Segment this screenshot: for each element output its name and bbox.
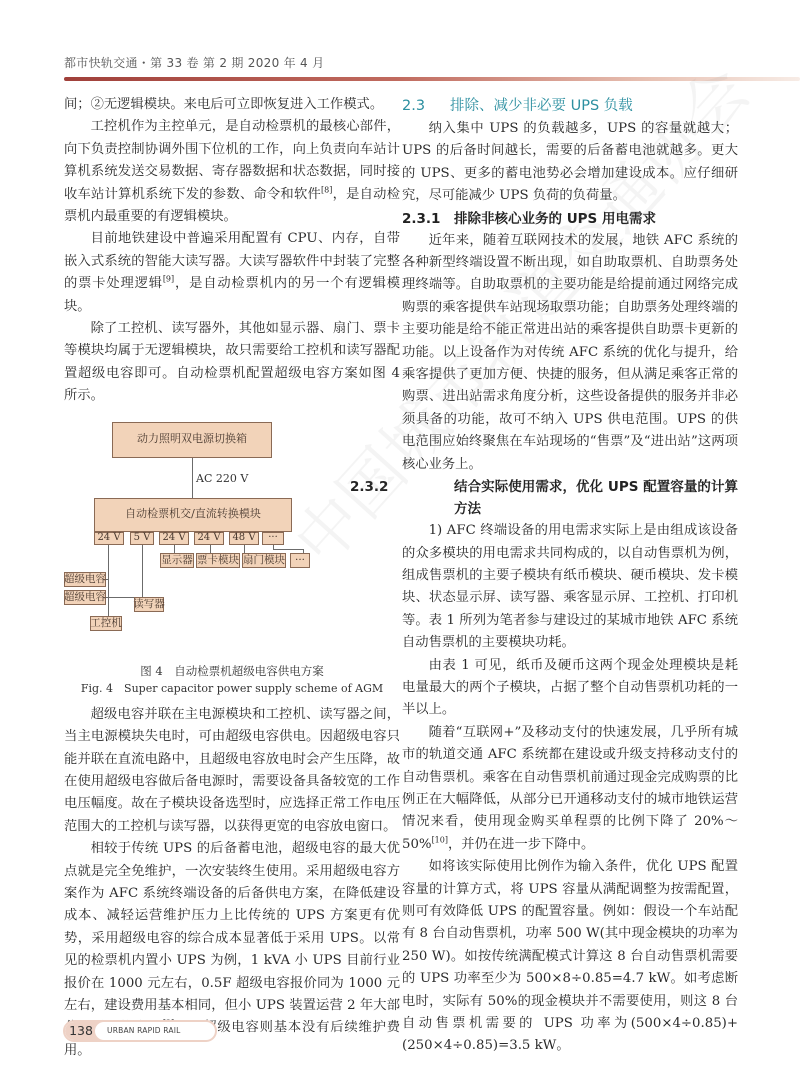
tap-24v: 24 V [94, 532, 124, 545]
page-number: 138 [65, 1022, 105, 1040]
ac-voltage-label: AC 220 V [196, 468, 248, 490]
tap-48v: 48 V [229, 532, 259, 545]
citation: [9] [163, 275, 174, 284]
ticket-card-module: 票卡模块 [196, 553, 240, 568]
figure-caption-en: Fig. 4 Super capacitor power supply sche… [64, 680, 400, 698]
paragraph-text: 相较于传统 UPS 的后备蓄电池，超级电容的最大优点就是完全免维护，一次安装终生… [64, 841, 400, 1035]
tap-5v: 5 V [130, 532, 154, 545]
section-heading-2-3-1: 2.3.1排除非核心业务的 UPS 用电需求 [402, 208, 738, 230]
paragraph: 近年来，随着互联网技术的发展，地铁 AFC 系统的各种新型终端设置不断出现，如自… [402, 230, 738, 476]
industrial-pc-box: 工控机 [90, 616, 122, 631]
section-heading-2-3-2: 2.3.2结合实际使用需求，优化 UPS 配置容量的计算方法 [402, 476, 738, 520]
paragraph: 工控机作为主控单元，是自动检票机的最核心部件，向下负责控制协调外围下位机的工作，… [64, 116, 400, 228]
paragraph: 间；②无逻辑模块。来电后可立即恢复进入工作模式。 [64, 94, 400, 116]
connector-line [192, 458, 193, 498]
paragraph: 如将该实际使用比例作为输入条件，优化 UPS 配置容量的计算方式，将 UPS 容… [402, 856, 738, 1058]
citation: [10] [432, 835, 448, 844]
connector-line [142, 545, 143, 597]
connector-line [106, 579, 109, 580]
section-number: 2.3.2 [402, 476, 454, 498]
section-heading-2-3: 2.3排除、减少非必要 UPS 负载 [402, 94, 738, 118]
tap-more: ··· [262, 532, 284, 545]
paragraph: 纳入集中 UPS 的负载越多，UPS 的容量就越大；UPS 的后备时间越长，需要… [402, 118, 738, 208]
tap-24v: 24 V [194, 532, 224, 545]
journal-english-title: URBAN RAPID RAIL TRANSIT [107, 1022, 215, 1042]
ac-dc-converter-box: 自动检票机交/直流转换模块 [94, 498, 292, 532]
display-module: 显示器 [160, 553, 194, 568]
figure-4-diagram: 动力照明双电源切换箱 AC 220 V 自动检票机交/直流转换模块 24 V 5… [64, 414, 400, 660]
paragraph: 由表 1 可见，纸币及硬币这两个现金处理模块是耗电量最大的两个子模块，占据了整个… [402, 655, 738, 722]
paragraph-text: 随着“互联网+”及移动支付的快速发展，几乎所有城市的轨道交通 AFC 系统都在建… [402, 725, 738, 852]
paragraph-text: ，并仍在进一步下降中。 [448, 837, 594, 852]
header-rule [64, 77, 800, 81]
section-title: 排除非核心业务的 UPS 用电需求 [454, 211, 656, 227]
left-column: 间；②无逻辑模块。来电后可立即恢复进入工作模式。 工控机作为主控单元，是自动检票… [64, 94, 400, 1062]
figure-caption-cn: 图 4 自动检票机超级电容供电方案 [64, 662, 400, 680]
card-reader-box: 读写器 [134, 597, 164, 612]
page-number-text: 138 [69, 1023, 93, 1038]
right-column: 2.3排除、减少非必要 UPS 负载 纳入集中 UPS 的负载越多，UPS 的容… [402, 94, 738, 1058]
footer-page-badge: 138 URBAN RAPID RAIL TRANSIT [63, 1020, 217, 1042]
paragraph: 目前地铁建设中普遍采用配置有 CPU、内存，自带嵌入式系统的智能大读写器。大读写… [64, 228, 400, 318]
supercapacitor-box: 超级电容 [64, 590, 106, 605]
gate-door-module: 扇门模块 [242, 553, 286, 568]
section-title: 结合实际使用需求，优化 UPS 配置容量的计算方法 [454, 479, 738, 517]
more-modules: ··· [290, 553, 310, 568]
journal-header: 都市快轨交通・第 33 卷 第 2 期 2020 年 4 月 [64, 54, 324, 71]
paragraph: 除了工控机、读写器外，其他如显示器、扇门、票卡等模块均属于无逻辑模块，故只需要给… [64, 318, 400, 408]
paragraph: 超级电容并联在主电源模块和工控机、读写器之间，当主电源模块失电时，可由超级电容供… [64, 704, 400, 838]
citation: [8] [321, 185, 332, 194]
paragraph: 1) AFC 终端设备的用电需求实际上是由组成该设备的众多模块的用电需求共同构成… [402, 520, 738, 654]
section-title: 排除、减少非必要 UPS 负载 [450, 98, 633, 114]
supercapacitor-box: 超级电容 [64, 572, 106, 587]
power-switch-box: 动力照明双电源切换箱 [112, 422, 272, 458]
tap-24v: 24 V [159, 532, 189, 545]
section-number: 2.3 [402, 94, 450, 118]
paragraph: 随着“互联网+”及移动支付的快速发展，几乎所有城市的轨道交通 AFC 系统都在建… [402, 722, 738, 856]
section-number: 2.3.1 [402, 208, 454, 230]
